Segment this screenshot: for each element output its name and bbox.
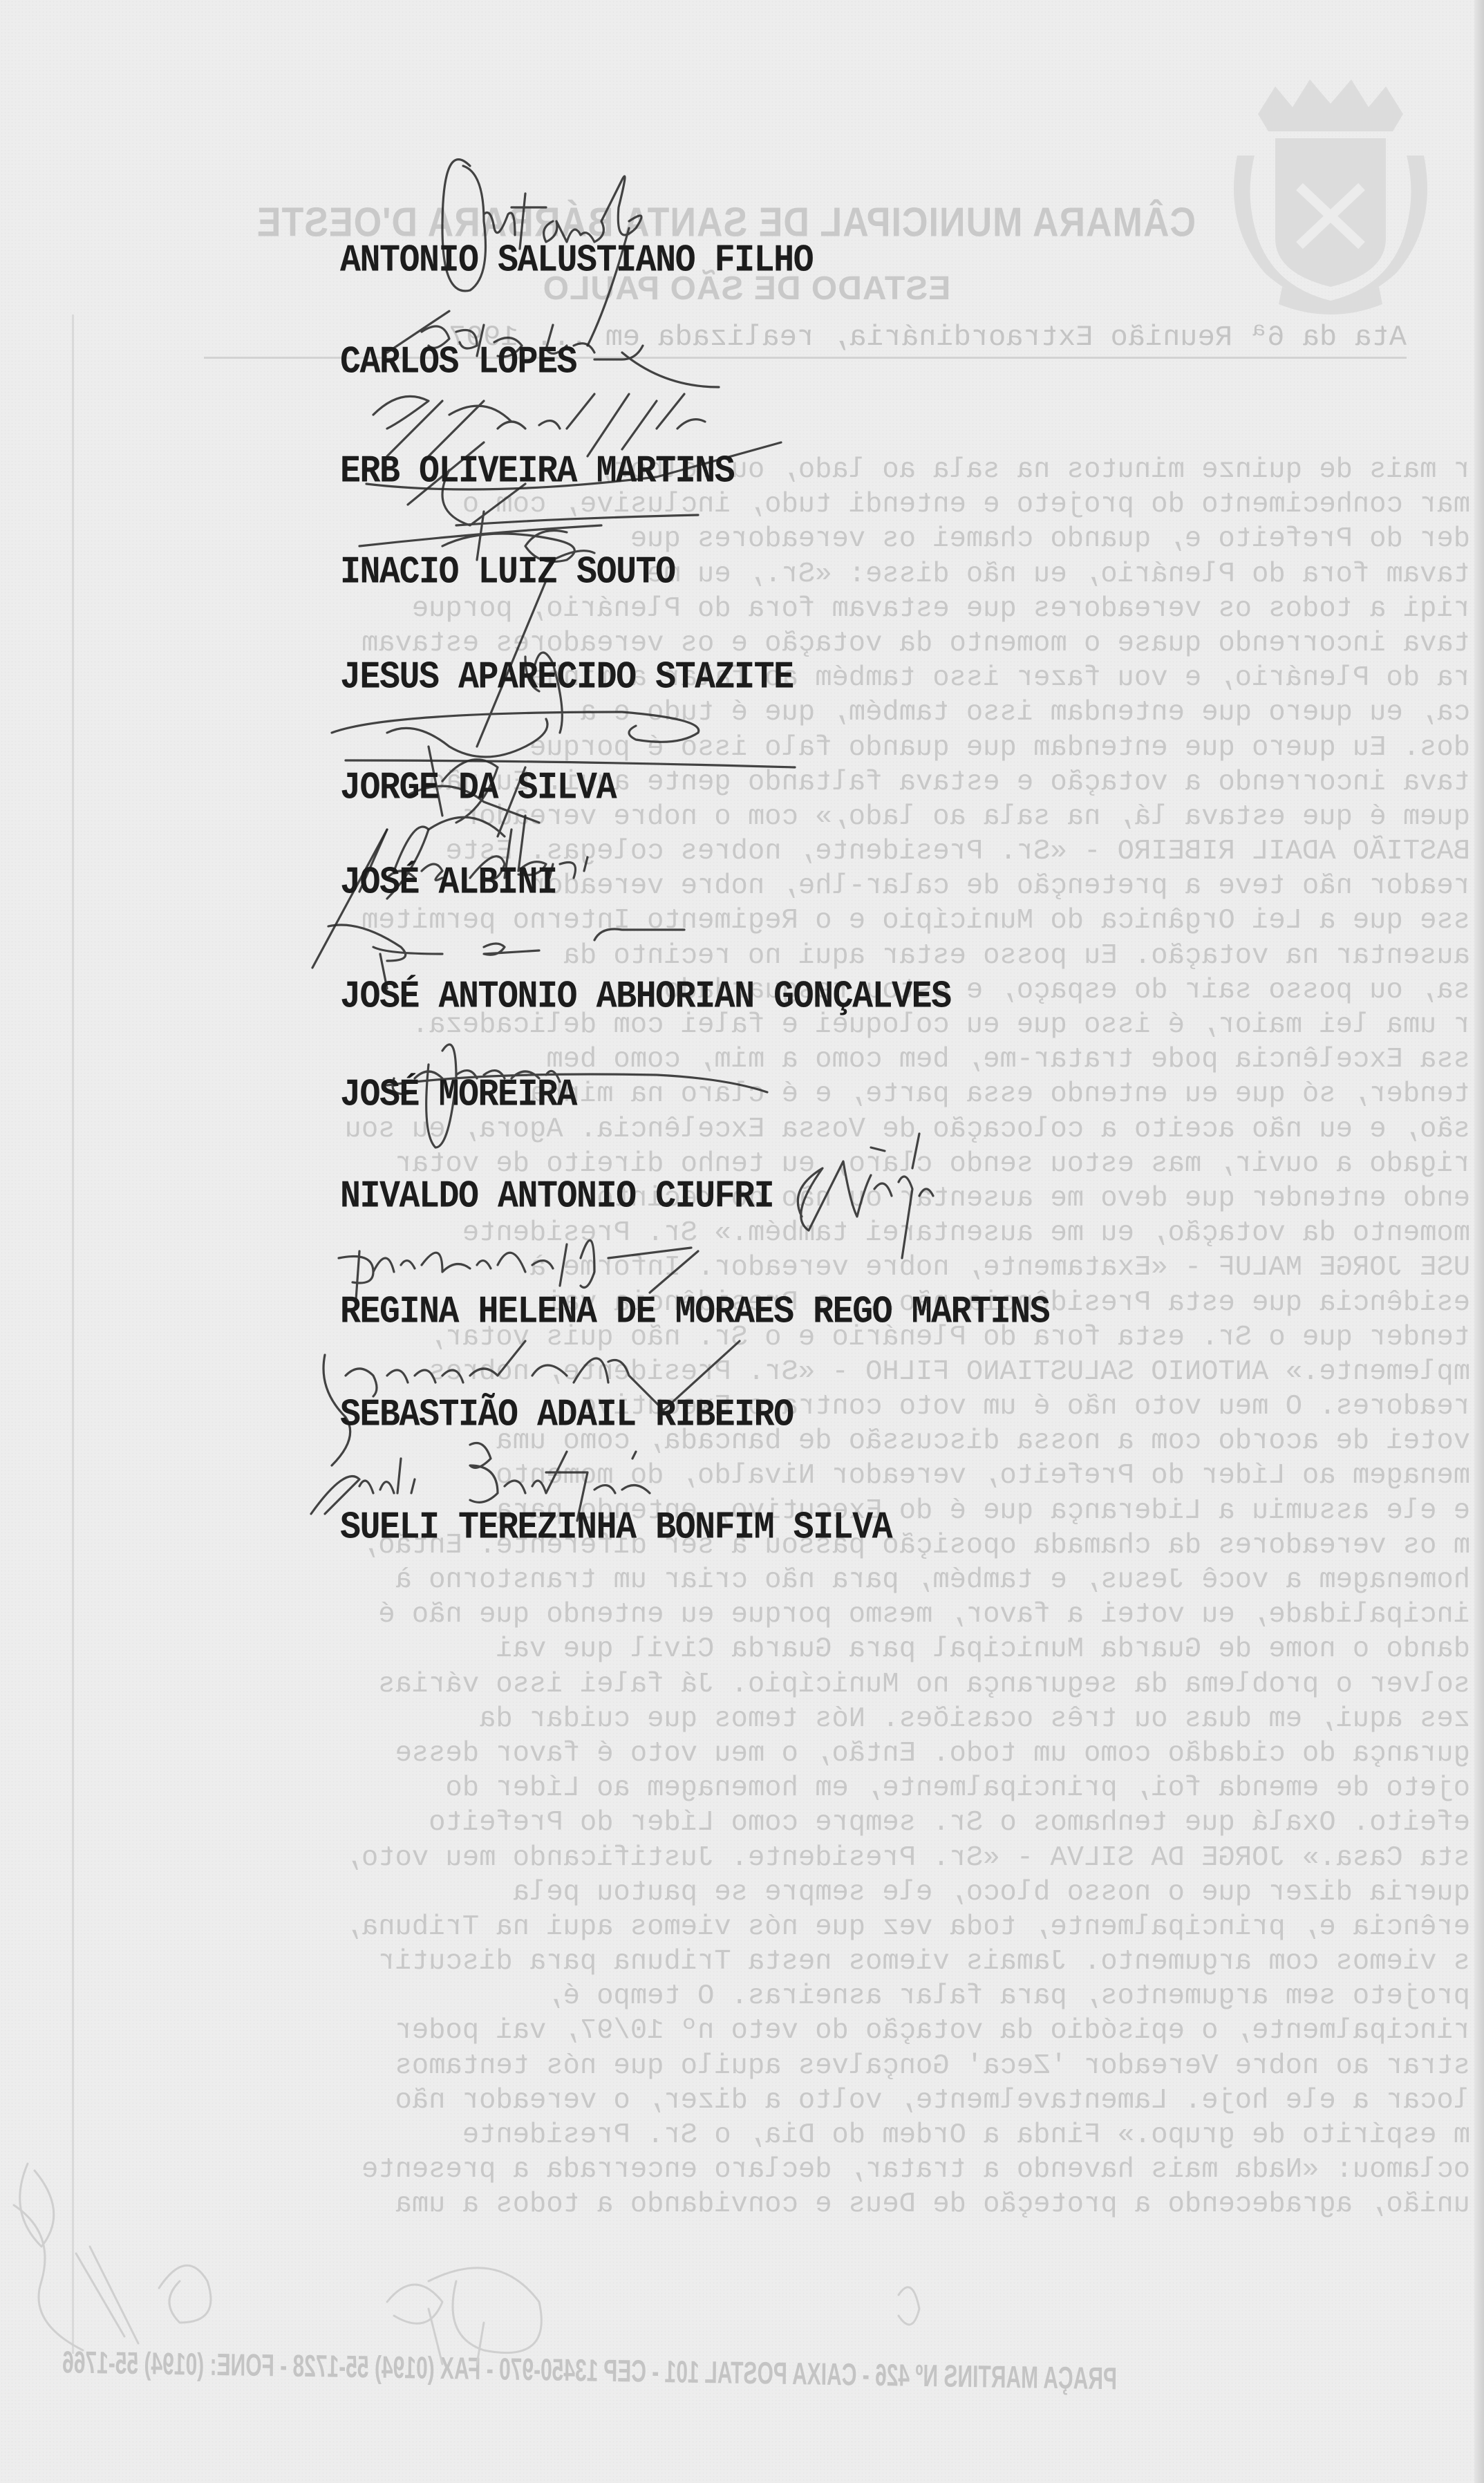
bleed-through-line: strar ao nobre Vereador 'Zeca' Gonçalves… (81, 2049, 1470, 2083)
bleed-through-line: sse que a Lei Orgânica do Município e o … (81, 903, 1470, 938)
bleed-through-line: tender, só que eu entendo essa parte, e … (81, 1077, 1470, 1112)
bleed-through-line: homenagem a você Jesus, e também, para n… (81, 1563, 1470, 1597)
bleed-through-line: mplemente.» ANTONIO SALUSTIANO FILHO - «… (81, 1355, 1470, 1389)
bleed-through-line: rincipalmente, o episódio da votação do … (81, 2014, 1470, 2048)
bleed-through-line: locar a ele hoje. Lamentavelmente, volto… (81, 2083, 1470, 2118)
bleed-through-line: s viemos com argumento. Jamais viemos ne… (81, 1945, 1470, 1979)
signatory-name: JOSÉ MOREIRA (340, 1076, 576, 1115)
signatory-name: JOSÉ ALBINI (340, 864, 557, 903)
signatory-name: ANTONIO SALUSTIANO FILHO (340, 242, 813, 281)
bleed-through-footer: PRAÇA MARTINS Nº 426 - CAIXA POSTAL 101 … (62, 2345, 1479, 2403)
bleed-through-line: rigado a ouvir, mas estou sendo claro, e… (81, 1147, 1470, 1181)
bleed-through-line: endo entender que devo me ausentar ou nã… (81, 1181, 1470, 1216)
bleed-through-line: riqi a todos os vereadores que estavam f… (81, 592, 1470, 626)
bleed-through-line: m espírito de grupo.» Finda a Ordem do D… (81, 2118, 1470, 2153)
bleed-through-body: r mais de quinze minutos na sala ao lado… (81, 453, 1470, 2222)
signatory-name: JORGE DA SILVA (340, 769, 616, 808)
bleed-through-line: sta Casa.» JORGE DA SILVA - «Sr. Preside… (81, 1841, 1470, 1875)
bleed-through-line: incipalidade, eu votei a favor, mesmo po… (81, 1597, 1470, 1632)
signatory-name: ERB OLIVEIRA MARTINS (340, 453, 734, 491)
bleed-through-line: união, agradecendo a proteção de Deus e … (81, 2187, 1470, 2222)
bleed-through-line: gurança do cidadão como um todo. Então, … (81, 1736, 1470, 1771)
bleed-through-line: oclamou: «Nada mais havendo a tratar, de… (81, 2153, 1470, 2187)
bleed-through-line: efeito. Oxalá que tenhamos o Sr. sempre … (81, 1806, 1470, 1840)
bleed-through-line: tavam fora do Plenário, eu não disse: «S… (81, 557, 1470, 592)
bleed-through-line: momento da votação, eu me ausentarei tam… (81, 1216, 1470, 1250)
bleed-through-line: tava incorrendo a votação e estava falta… (81, 765, 1470, 800)
bleed-through-line: ojeto de emenda foi, principalmente, em … (81, 1771, 1470, 1806)
page-edge-shadow (1474, 0, 1484, 2483)
signatory-name: SEBASTIÃO ADAIL RIBEIRO (340, 1396, 793, 1435)
bleed-through-line: mar conhecimento do projeto e entendi tu… (81, 487, 1470, 522)
bleed-through-line: r mais de quinze minutos na sala ao lado… (81, 453, 1470, 487)
signatory-name: JOSÉ ANTONIO ABHORIAN GONÇALVES (340, 978, 951, 1017)
bleed-through-line: menagem ao Líder do Prefeito, vereador N… (81, 1459, 1470, 1493)
bleed-through-line: quem é que estava lá, na sala ao lado,» … (81, 800, 1470, 834)
bleed-through-line: dos. Eu quero que entendam que quando fa… (81, 731, 1470, 765)
bleed-through-line: der do Prefeito e, quando chamei os vere… (81, 522, 1470, 556)
bleed-through-line: zes aqui, em duas ou três ocasiões. Nós … (81, 1702, 1470, 1736)
bleed-through-line: queria dizer que o nosso bloco, ele semp… (81, 1875, 1470, 1910)
signatory-name: CARLOS LOPES (340, 344, 576, 382)
bleed-through-line: solver o problema da segurança no Municí… (81, 1667, 1470, 1702)
bleed-through-line: reador não teve a pretenção de calar-lhe… (81, 869, 1470, 903)
signatory-name: REGINA HELENA DE MORAES REGO MARTINS (340, 1293, 1049, 1332)
bleed-through-line: ca, eu quero que entendam isso também, q… (81, 695, 1470, 730)
margin-rule (72, 315, 74, 2354)
bleed-through-line: projeto sem argumentos, para falar asnei… (81, 1979, 1470, 2014)
bleed-through-line: são, e eu não aceito a colocação de Voss… (81, 1112, 1470, 1147)
signatory-name: SUELI TEREZINHA BONFIM SILVA (340, 1509, 892, 1548)
document-page: CÂMARA MUNICIPAL DE SANTA BÁRBARA D'OEST… (0, 0, 1484, 2483)
bleed-through-line: dando o nome de Guarda Municipal para Gu… (81, 1632, 1470, 1667)
signatory-name: NIVALDO ANTONIO CIUFRI (340, 1178, 773, 1217)
signatory-name: JESUS APARECIDO STAZITE (340, 659, 793, 697)
bleed-through-line: USE JORGE MALUF - «Exatamente, nobre ver… (81, 1250, 1470, 1285)
bleed-through-line: BASTIÃO ADAIL RIBEIRO - «Sr. Presidente,… (81, 834, 1470, 869)
coat-of-arms-icon (1217, 66, 1445, 315)
bleed-through-line: ssa Excelência pode tratar-me, bem como … (81, 1042, 1470, 1077)
signatory-name: INACIO LUIZ SOUTO (340, 554, 675, 592)
bleed-through-line: ausentar na votação. Eu posso estar aqui… (81, 939, 1470, 973)
bleed-through-line: erência e, principalmente, toda vez que … (81, 1910, 1470, 1945)
